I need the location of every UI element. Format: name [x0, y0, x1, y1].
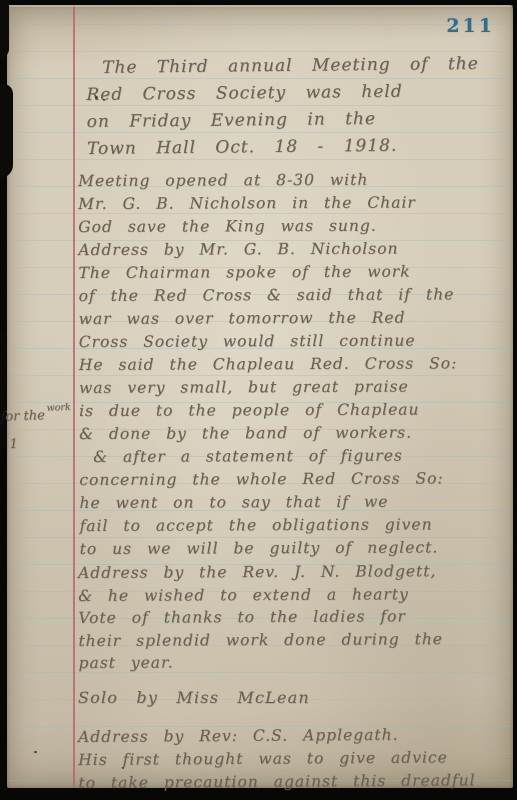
handwritten-line: Solo by Miss McLean: [78, 686, 310, 709]
margin-note-mark: 1: [1, 436, 81, 453]
handwritten-line: to us we will be guilty of neglect.: [80, 536, 459, 561]
handwritten-line: concerning the whole Red Cross So:: [79, 467, 458, 492]
handwritten-line: he went on to say that if we: [79, 490, 458, 515]
paragraph-meeting-heading: The Third annual Meeting of the Red Cros…: [86, 51, 480, 163]
margin-note-text: for the: [0, 408, 45, 425]
handwritten-line: on Friday Evening in the: [87, 105, 480, 136]
handwritten-line: Meeting opened at 8-30 with: [78, 168, 457, 193]
margin-note-superscript: work: [46, 402, 71, 414]
handwritten-line: The Third annual Meeting of the: [102, 51, 479, 82]
handwritten-line: fail to accept the obligations given: [80, 513, 459, 538]
handwritten-line: of the Red Cross & said that if the: [79, 283, 458, 308]
handwritten-line: God save the King was sung.: [78, 214, 457, 239]
handwritten-line: is due to the people of Chapleau: [79, 398, 458, 423]
red-margin-line: [73, 5, 75, 788]
handwritten-line: Address by Mr. G. B. Nicholson: [78, 237, 457, 262]
handwritten-line: past year.: [78, 650, 443, 674]
paragraph-applegath-address: Address by Rev: C.S. Applegath. His firs…: [78, 723, 476, 795]
handwritten-line: their splendid work done during the: [78, 628, 443, 652]
handwritten-line: Vote of thanks to the ladies for: [78, 605, 443, 629]
handwritten-line: Address by Rev: C.S. Applegath.: [78, 723, 475, 749]
handwritten-line: to take precaution against this dreadful: [78, 769, 475, 795]
ink-speck: [34, 751, 37, 753]
handwritten-line: & after a statement of figures: [93, 444, 458, 469]
handwritten-line: The Chairman spoke of the work: [78, 260, 457, 285]
handwritten-line: & done by the band of workers.: [79, 421, 458, 446]
handwritten-line: Town Hall Oct. 18 - 1918.: [87, 132, 480, 163]
page-number: 211: [446, 15, 495, 37]
margin-insertion-note: for thework 1: [0, 404, 82, 453]
handwritten-line: Address by the Rev. J. N. Blodgett,: [78, 560, 443, 584]
paragraph-solo: Solo by Miss McLean: [78, 686, 310, 709]
handwritten-line: war was over tomorrow the Red: [79, 306, 458, 331]
handwritten-line: His first thought was to give advice: [78, 746, 475, 772]
handwritten-line: Red Cross Society was held: [86, 78, 479, 109]
handwritten-line: Cross Society would still continue: [79, 329, 458, 354]
handwritten-line: He said the Chapleau Red. Cross So:: [79, 352, 458, 377]
paragraph-minutes-body: Meeting opened at 8-30 with Mr. G. B. Ni…: [78, 168, 458, 561]
handwritten-line: Mr. G. B. Nicholson in the Chair: [78, 191, 457, 216]
handwritten-line: was very small, but great praise: [79, 375, 458, 400]
ledger-page: 211 The Third annual Meeting of the Red …: [7, 5, 513, 788]
scanned-ledger-photo: { "document": { "page_number": "211", "m…: [0, 0, 517, 800]
paragraph-blodgett-address: Address by the Rev. J. N. Blodgett, & he…: [78, 560, 443, 674]
handwritten-line: & he wished to extend a hearty: [78, 583, 443, 607]
